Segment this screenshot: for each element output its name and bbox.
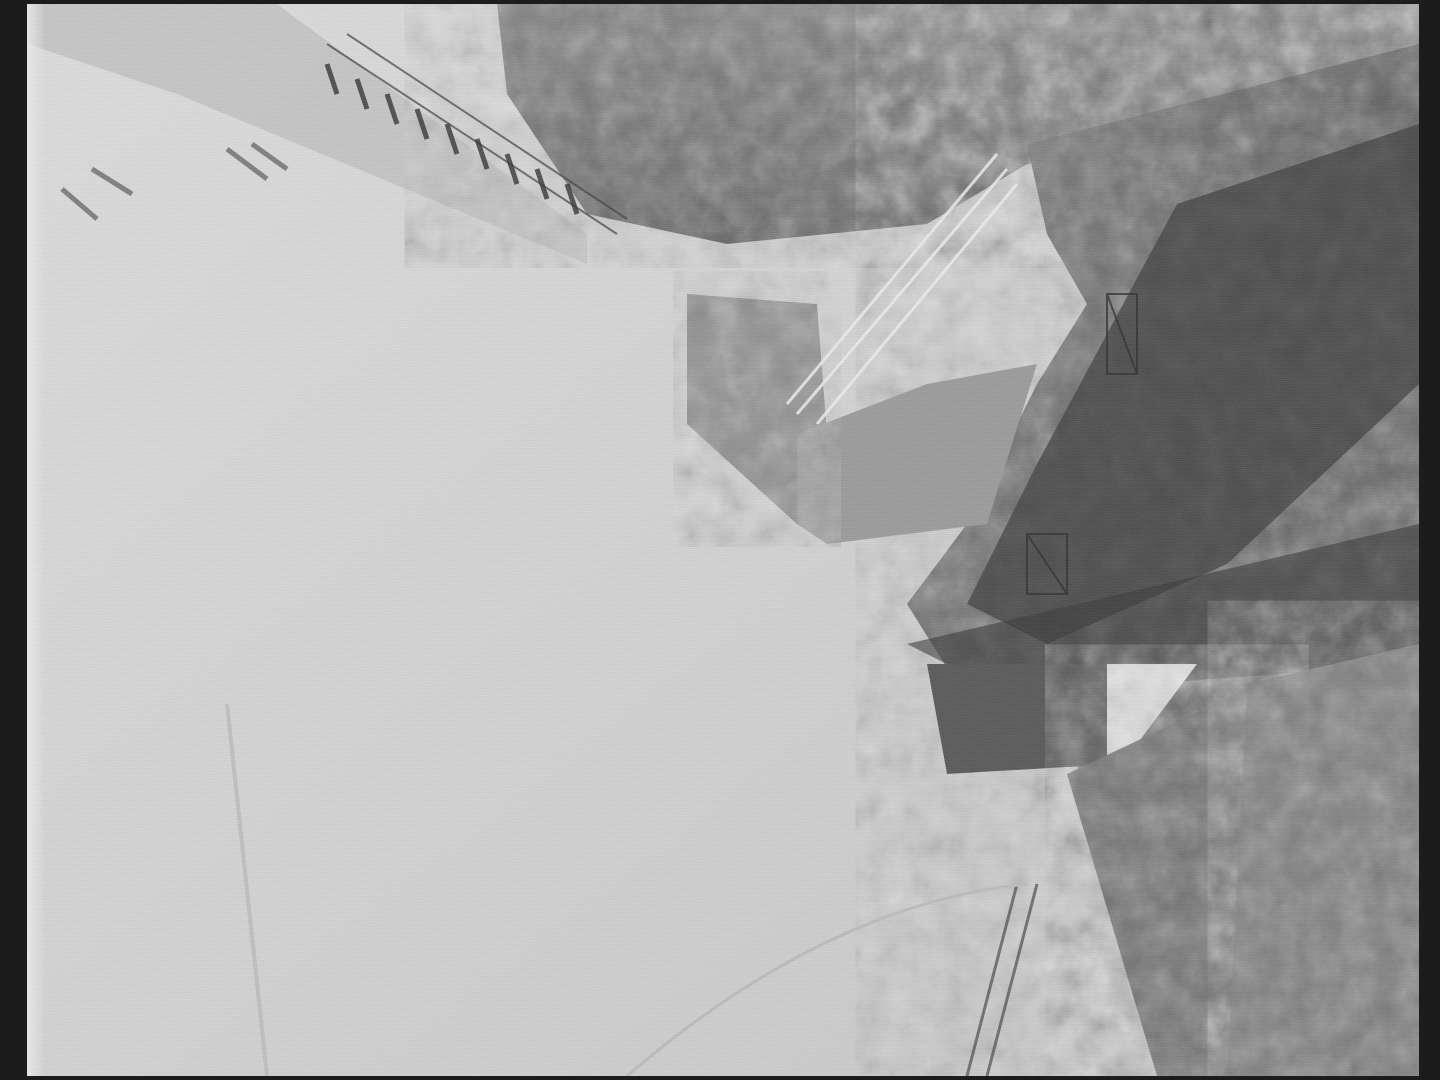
left-edge-artifact (27, 4, 45, 1076)
archival-photo: Grayscale archival film still of a concr… (27, 4, 1419, 1076)
photo-illustration (27, 4, 1419, 1076)
video-frame: Grayscale archival film still of a concr… (0, 0, 1440, 1080)
